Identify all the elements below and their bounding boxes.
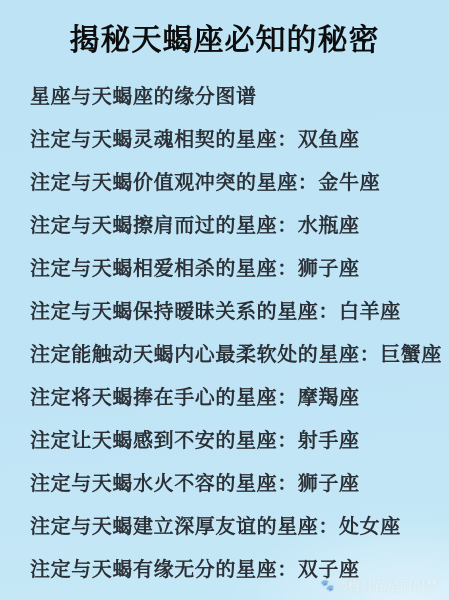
zodiac-line: 注定能触动天蝎内心最柔软处的星座：巨蟹座 (30, 343, 445, 368)
zodiac-line: 注定与天蝎相爱相杀的星座：狮子座 (30, 257, 445, 282)
zodiac-line: 注定让天蝎感到不安的星座：射手座 (30, 429, 445, 454)
paw-icon: 🐾 (320, 579, 335, 592)
zodiac-line: 注定与天蝎价值观冲突的星座：金牛座 (30, 171, 445, 196)
zodiac-line: 注定与天蝎建立深厚友谊的星座：处女座 (30, 515, 445, 540)
zodiac-line: 注定与天蝎灵魂相契的星座：双鱼座 (30, 128, 445, 153)
zodiac-line: 注定与天蝎擦肩而过的星座：水瓶座 (30, 214, 445, 239)
watermark-text: ©梅月在星河织梦 (338, 577, 439, 594)
zodiac-poster: 揭秘天蝎座必知的秘密 星座与天蝎座的缘分图谱 注定与天蝎灵魂相契的星座：双鱼座 … (0, 0, 449, 600)
lines-list: 星座与天蝎座的缘分图谱 注定与天蝎灵魂相契的星座：双鱼座 注定与天蝎价值观冲突的… (0, 85, 449, 583)
zodiac-line: 注定与天蝎保持暧昧关系的星座：白羊座 (30, 300, 445, 325)
watermark: 🐾 ©梅月在星河织梦 (320, 577, 439, 594)
zodiac-line: 注定将天蝎捧在手心的星座：摩羯座 (30, 386, 445, 411)
page-title: 揭秘天蝎座必知的秘密 (0, 0, 449, 60)
zodiac-line: 注定与天蝎水火不容的星座：狮子座 (30, 472, 445, 497)
subtitle-line: 星座与天蝎座的缘分图谱 (30, 85, 445, 110)
